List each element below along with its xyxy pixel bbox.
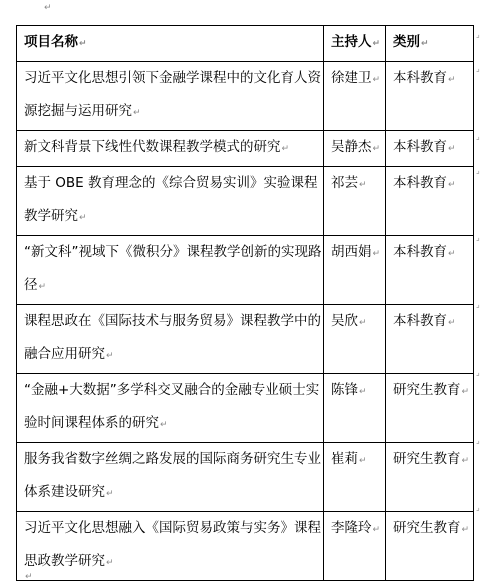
row-end-mark: ⌟	[476, 30, 480, 39]
cell-end-mark: ↵	[462, 387, 470, 397]
cell-end-mark: ↵	[448, 144, 456, 154]
cell-category[interactable]: 本科教育↵	[386, 131, 474, 167]
cell-host[interactable]: 吴静杰↵	[324, 131, 386, 167]
table-row: 习近平文化思想融入《国际贸易政策与实务》课程思政教学研究↵ 李隆玲↵ 研究生教育…	[17, 512, 474, 581]
cell-project-name[interactable]: 新文科背景下线性代数课程教学模式的研究↵	[17, 131, 324, 167]
project-table: 项目名称↵ 主持人↵ 类别↵ 习近平文化思想引领下金融学课程中的文化育人资源挖掘…	[16, 25, 474, 581]
cell-end-mark: ↵	[373, 525, 381, 535]
table-header-row: 项目名称↵ 主持人↵ 类别↵	[17, 26, 474, 62]
cell-end-mark: ↵	[133, 108, 141, 118]
cell-end-mark: ↵	[106, 489, 114, 499]
cell-end-mark: ↵	[373, 249, 381, 259]
paragraph-mark: ↵	[44, 3, 52, 13]
paragraph-mark: ↵	[25, 572, 33, 582]
cell-end-mark: ↵	[373, 75, 381, 85]
cell-project-name[interactable]: “新文科”视域下《微积分》课程教学创新的实现路径↵	[17, 236, 324, 305]
cell-end-mark: ↵	[106, 351, 114, 361]
cell-host[interactable]: 崔莉↵	[324, 443, 386, 512]
cell-host[interactable]: 祁芸↵	[324, 167, 386, 236]
row-end-mark: ⌟	[476, 368, 480, 377]
cell-project-name[interactable]: 课程思政在《国际技术与服务贸易》课程教学中的融合应用研究↵	[17, 305, 324, 374]
cell-end-mark: ↵	[39, 282, 47, 292]
cell-project-name[interactable]: 服务我省数字丝绸之路发展的国际商务研究生专业体系建设研究↵	[17, 443, 324, 512]
row-end-mark: ⌟	[476, 300, 480, 309]
row-end-mark: ⌟	[476, 64, 480, 73]
cell-end-mark: ↵	[448, 75, 456, 85]
cell-host[interactable]: 徐建卫↵	[324, 62, 386, 131]
cell-end-mark: ↵	[79, 39, 87, 49]
cell-host[interactable]: 吴欣↵	[324, 305, 386, 374]
cell-host[interactable]: 胡西娟↵	[324, 236, 386, 305]
cell-end-mark: ↵	[79, 213, 87, 223]
table-row: 习近平文化思想引领下金融学课程中的文化育人资源挖掘与运用研究↵ 徐建卫↵ 本科教…	[17, 62, 474, 131]
table-row: 新文科背景下线性代数课程教学模式的研究↵ 吴静杰↵ 本科教育↵	[17, 131, 474, 167]
cell-end-mark: ↵	[359, 180, 367, 190]
cell-end-mark: ↵	[448, 249, 456, 259]
header-category: 类别↵	[386, 26, 474, 62]
cell-project-name[interactable]: 基于 OBE 教育理念的《综合贸易实训》实验课程教学研究↵	[17, 167, 324, 236]
cell-category[interactable]: 本科教育↵	[386, 167, 474, 236]
cell-end-mark: ↵	[448, 318, 456, 328]
cell-end-mark: ↵	[373, 39, 381, 49]
cell-category[interactable]: 本科教育↵	[386, 236, 474, 305]
header-project-name: 项目名称↵	[17, 26, 324, 62]
cell-host[interactable]: 陈锋↵	[324, 374, 386, 443]
cell-end-mark: ↵	[282, 144, 290, 154]
cell-category[interactable]: 研究生教育↵	[386, 512, 474, 581]
table-row: “新文科”视域下《微积分》课程教学创新的实现路径↵ 胡西娟↵ 本科教育↵	[17, 236, 474, 305]
table-row: 课程思政在《国际技术与服务贸易》课程教学中的融合应用研究↵ 吴欣↵ 本科教育↵	[17, 305, 474, 374]
row-end-mark: ⌟	[476, 132, 480, 141]
header-host: 主持人↵	[324, 26, 386, 62]
cell-host[interactable]: 李隆玲↵	[324, 512, 386, 581]
cell-end-mark: ↵	[359, 456, 367, 466]
table-row: “金融+大数据”多学科交叉融合的金融专业硕士实验时间课程体系的研究↵ 陈锋↵ 研…	[17, 374, 474, 443]
cell-end-mark: ↵	[373, 144, 381, 154]
cell-end-mark: ↵	[462, 525, 470, 535]
cell-end-mark: ↵	[421, 39, 429, 49]
cell-category[interactable]: 本科教育↵	[386, 62, 474, 131]
row-end-mark: ⌟	[476, 503, 480, 512]
cell-category[interactable]: 研究生教育↵	[386, 443, 474, 512]
table-row: 基于 OBE 教育理念的《综合贸易实训》实验课程教学研究↵ 祁芸↵ 本科教育↵	[17, 167, 474, 236]
row-end-mark: ⌟	[476, 233, 480, 242]
cell-project-name[interactable]: 习近平文化思想融入《国际贸易政策与实务》课程思政教学研究↵	[17, 512, 324, 581]
table-row: 服务我省数字丝绸之路发展的国际商务研究生专业体系建设研究↵ 崔莉↵ 研究生教育↵	[17, 443, 474, 512]
cell-category[interactable]: 研究生教育↵	[386, 374, 474, 443]
cell-end-mark: ↵	[160, 420, 168, 430]
row-end-mark: ⌟	[476, 436, 480, 445]
cell-end-mark: ↵	[359, 318, 367, 328]
cell-category[interactable]: 本科教育↵	[386, 305, 474, 374]
cell-end-mark: ↵	[448, 180, 456, 190]
cell-end-mark: ↵	[462, 456, 470, 466]
cell-project-name[interactable]: 习近平文化思想引领下金融学课程中的文化育人资源挖掘与运用研究↵	[17, 62, 324, 131]
cell-end-mark: ↵	[106, 558, 114, 568]
row-end-mark: ⌟	[476, 166, 480, 175]
cell-project-name[interactable]: “金融+大数据”多学科交叉融合的金融专业硕士实验时间课程体系的研究↵	[17, 374, 324, 443]
cell-end-mark: ↵	[359, 387, 367, 397]
